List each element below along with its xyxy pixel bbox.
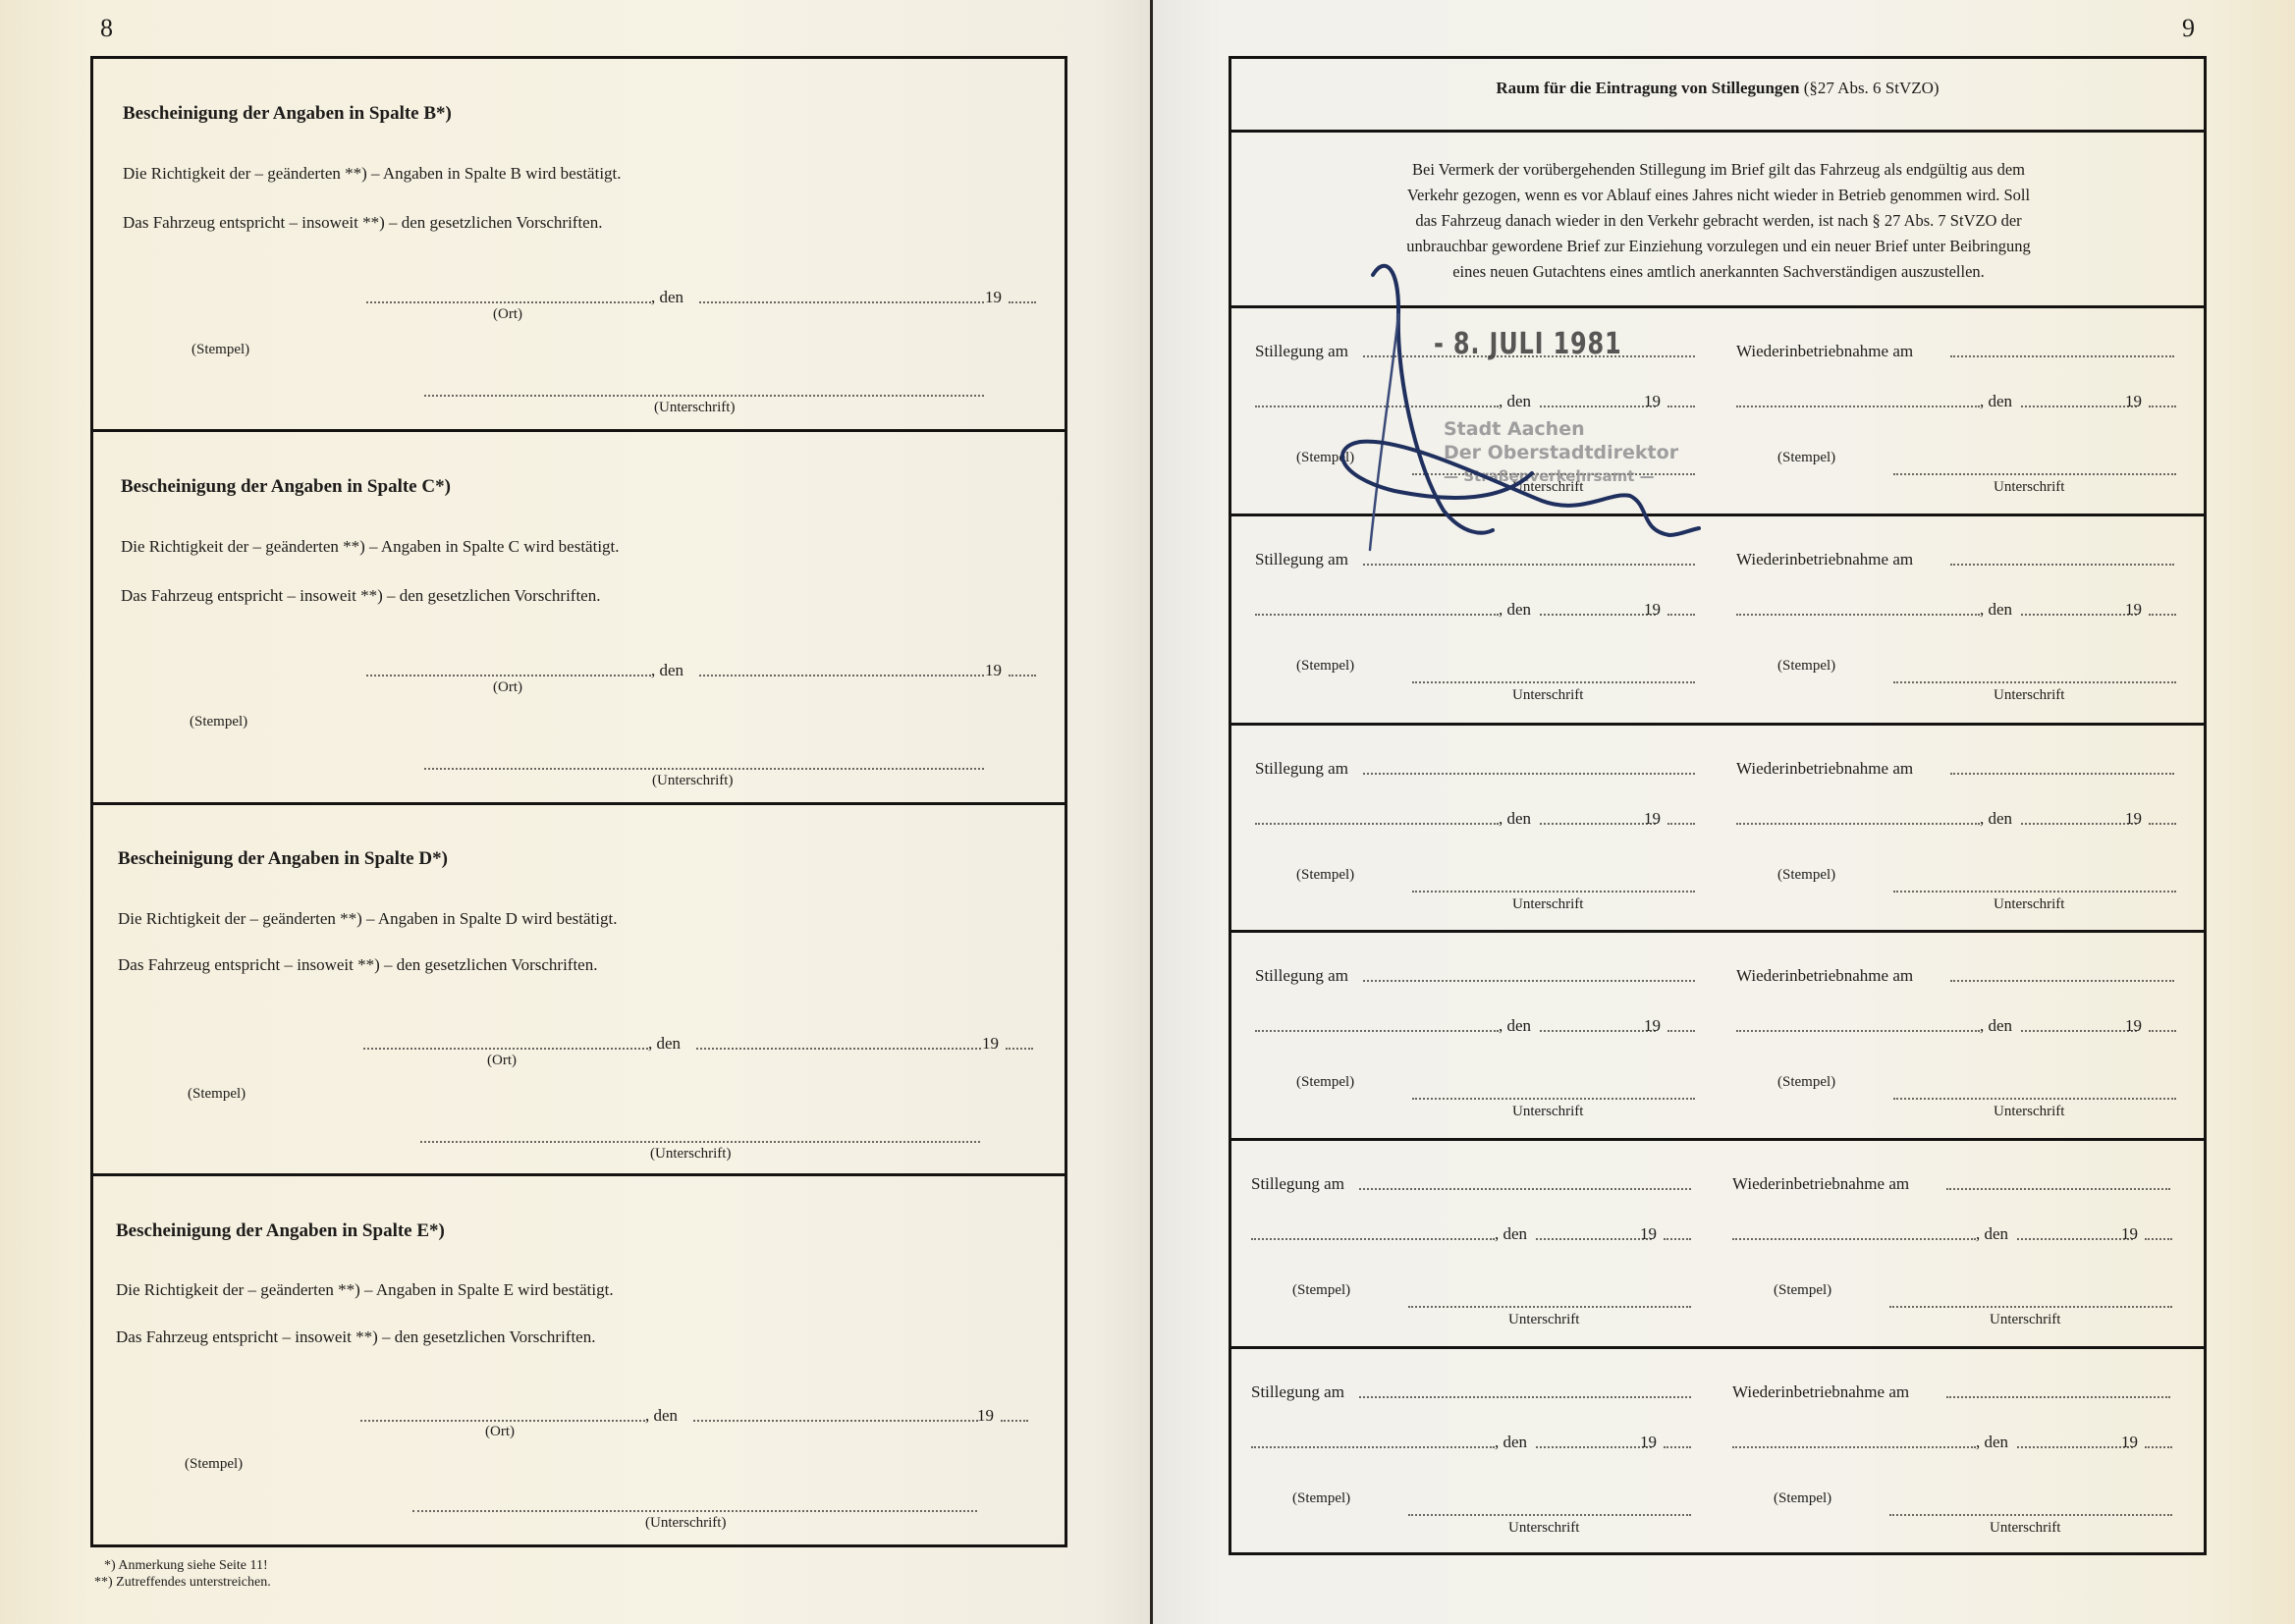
den-label: , den [1495,1433,1527,1452]
stillegung-signature-field[interactable] [1412,681,1695,683]
den-label: , den [1976,1433,2008,1452]
section-confirm-line: Die Richtigkeit der – geänderten **) – A… [116,1280,614,1300]
den-label: , den [1980,1016,2012,1036]
wiederinbetriebnahme-place-field[interactable] [1732,1446,1976,1448]
stillegung-year-field[interactable] [1667,1030,1695,1032]
stillegung-day-field[interactable] [1536,1238,1652,1240]
stillegung-day-field[interactable] [1540,614,1656,616]
wiederinbetriebnahme-date-field[interactable] [1946,1188,2170,1190]
row-divider [1231,930,2204,933]
section-divider [93,1173,1065,1176]
row-divider [1231,1138,2204,1141]
intro-paragraph: Bei Vermerk der vorübergehenden Stillegu… [1355,157,2082,285]
stempel-label: (Stempel) [1777,450,1835,466]
unterschrift-label: Unterschrift [1990,1312,2060,1328]
row-divider [1231,723,2204,726]
stillegung-place-field[interactable] [1251,1238,1495,1240]
stillegung-label: Stillegung am [1255,342,1348,361]
den-label: , den [1980,809,2012,829]
wiederinbetriebnahme-year-field[interactable] [2145,1446,2172,1448]
stamp-line: Stadt Aachen [1444,417,1678,441]
year-field[interactable] [1001,1420,1028,1422]
wiederinbetriebnahme-label: Wiederinbetriebnahme am [1732,1382,1909,1402]
section-confirm-line: Die Richtigkeit der – geänderten **) – A… [118,909,617,929]
year-prefix: 19 [977,1406,994,1426]
year-field[interactable] [1009,301,1036,303]
stempel-label: (Stempel) [1292,1282,1350,1299]
wiederinbetriebnahme-signature-field[interactable] [1893,681,2176,683]
section-title: Bescheinigung der Angaben in Spalte D*) [118,848,448,870]
year-prefix: 19 [1644,1016,1661,1036]
den-label: , den [645,1406,678,1426]
unterschrift-label: (Unterschrift) [645,1515,726,1532]
stempel-label: (Stempel) [1774,1282,1831,1299]
stempel-label: (Stempel) [1296,450,1354,466]
intro-line: Bei Vermerk der vorübergehenden Stillegu… [1355,157,2082,183]
stamp-authority: Stadt Aachen Der Oberstadtdirektor — Str… [1444,417,1678,488]
wiederinbetriebnahme-date-field[interactable] [1950,355,2174,357]
wiederinbetriebnahme-label: Wiederinbetriebnahme am [1736,759,1913,779]
footnotes: *) Anmerkung siehe Seite 11! **) Zutreff… [94,1557,271,1591]
section-divider [93,802,1065,805]
year-prefix: 19 [1640,1224,1657,1244]
signature-field[interactable] [412,1510,977,1512]
stillegung-place-field[interactable] [1255,406,1499,407]
section-title: Bescheinigung der Angaben in Spalte B*) [123,103,452,125]
stempel-label: (Stempel) [1296,1074,1354,1091]
signature-field[interactable] [424,768,984,770]
section-title: Bescheinigung der Angaben in Spalte E*) [116,1220,445,1242]
intro-divider [1231,305,2204,308]
wiederinbetriebnahme-signature-field[interactable] [1889,1514,2172,1516]
den-label: , den [1495,1224,1527,1244]
year-prefix: 19 [982,1034,999,1054]
wiederinbetriebnahme-signature-field[interactable] [1893,473,2176,475]
wiederinbetriebnahme-day-field[interactable] [2017,1238,2133,1240]
year-prefix: 19 [985,288,1002,307]
wiederinbetriebnahme-place-field[interactable] [1736,823,1980,825]
wiederinbetriebnahme-label: Wiederinbetriebnahme am [1736,966,1913,986]
ort-field[interactable] [366,675,651,677]
stamp-date: - 8. JULI 1981 [1434,327,1621,361]
wiederinbetriebnahme-day-field[interactable] [2021,406,2137,407]
wiederinbetriebnahme-label: Wiederinbetriebnahme am [1736,342,1913,361]
wiederinbetriebnahme-year-field[interactable] [2149,614,2176,616]
header-reference: (§27 Abs. 6 StVZO) [1799,79,1939,97]
section-confirm-line: Die Richtigkeit der – geänderten **) – A… [121,537,620,557]
row-divider [1231,514,2204,516]
wiederinbetriebnahme-year-field[interactable] [2149,406,2176,407]
unterschrift-label: Unterschrift [1512,687,1583,704]
stempel-label: (Stempel) [190,714,247,731]
wiederinbetriebnahme-year-field[interactable] [2149,823,2176,825]
year-prefix: 19 [1640,1433,1657,1452]
den-label: , den [651,288,683,307]
den-label: , den [1980,392,2012,411]
stillegung-year-field[interactable] [1667,406,1695,407]
unterschrift-label: Unterschrift [1994,896,2064,913]
intro-line: unbrauchbar gewordene Brief zur Einziehu… [1355,234,2082,259]
wiederinbetriebnahme-signature-field[interactable] [1893,1098,2176,1100]
year-prefix: 19 [2125,392,2142,411]
stillegung-date-field[interactable] [1359,1396,1691,1398]
unterschrift-label: Unterschrift [1994,479,2064,496]
stempel-label: (Stempel) [1292,1490,1350,1507]
wiederinbetriebnahme-day-field[interactable] [2021,1030,2137,1032]
stillegung-signature-field[interactable] [1408,1514,1691,1516]
unterschrift-label: Unterschrift [1512,1104,1583,1120]
den-label: , den [1499,392,1531,411]
wiederinbetriebnahme-date-field[interactable] [1946,1396,2170,1398]
section-title: Bescheinigung der Angaben in Spalte C*) [121,476,451,498]
year-field[interactable] [1006,1048,1033,1050]
stempel-label: (Stempel) [1774,1490,1831,1507]
den-label: , den [1499,809,1531,829]
unterschrift-label: Unterschrift [1508,1520,1579,1537]
stillegung-date-field[interactable] [1359,1188,1691,1190]
stempel-label: (Stempel) [188,1086,246,1103]
stillegung-place-field[interactable] [1255,823,1499,825]
den-label: , den [1499,1016,1531,1036]
stempel-label: (Stempel) [185,1456,243,1473]
stillegung-label: Stillegung am [1255,550,1348,569]
stillegung-label: Stillegung am [1255,759,1348,779]
ort-label: (Ort) [487,1053,517,1069]
stempel-label: (Stempel) [1296,658,1354,675]
stillegung-date-field[interactable] [1363,980,1695,982]
header-bold: Raum für die Eintragung von Stillegungen [1496,79,1799,97]
wiederinbetriebnahme-year-field[interactable] [2149,1030,2176,1032]
unterschrift-label: (Unterschrift) [654,400,735,416]
stillegung-day-field[interactable] [1536,1446,1652,1448]
page-number-right: 9 [2182,14,2195,43]
stillegung-year-field[interactable] [1664,1446,1691,1448]
year-field[interactable] [1009,675,1036,677]
wiederinbetriebnahme-day-field[interactable] [2021,823,2137,825]
wiederinbetriebnahme-day-field[interactable] [2021,614,2137,616]
stillegung-header: Raum für die Eintragung von Stillegungen… [1229,79,2207,98]
wiederinbetriebnahme-label: Wiederinbetriebnahme am [1736,550,1913,569]
date-field[interactable] [696,1048,981,1050]
page-number-left: 8 [100,14,113,43]
stillegung-year-field[interactable] [1667,823,1695,825]
year-prefix: 19 [2121,1433,2138,1452]
den-label: , den [651,661,683,680]
stillegung-year-field[interactable] [1667,614,1695,616]
section-compliance-line: Das Fahrzeug entspricht – insoweit **) –… [118,955,597,975]
intro-line: eines neuen Gutachtens eines amtlich ane… [1355,259,2082,285]
wiederinbetriebnahme-place-field[interactable] [1736,1030,1980,1032]
stillegung-day-field[interactable] [1540,823,1656,825]
wiederinbetriebnahme-signature-field[interactable] [1889,1306,2172,1308]
row-divider [1231,1346,2204,1349]
ort-field[interactable] [366,301,651,303]
wiederinbetriebnahme-signature-field[interactable] [1893,891,2176,893]
stempel-label: (Stempel) [1777,658,1835,675]
date-field[interactable] [693,1420,978,1422]
unterschrift-label: Unterschrift [1994,1104,2064,1120]
certification-box [90,56,1067,1547]
stillegung-signature-field[interactable] [1412,891,1695,893]
signature-field[interactable] [420,1141,980,1143]
year-prefix: 19 [2121,1224,2138,1244]
year-prefix: 19 [2125,1016,2142,1036]
stillegung-place-field[interactable] [1255,614,1499,616]
ort-label: (Ort) [493,679,522,696]
date-field[interactable] [699,675,984,677]
ort-label: (Ort) [485,1424,515,1440]
year-prefix: 19 [2125,809,2142,829]
stillegung-label: Stillegung am [1251,1382,1344,1402]
den-label: , den [1976,1224,2008,1244]
wiederinbetriebnahme-place-field[interactable] [1732,1238,1976,1240]
wiederinbetriebnahme-date-field[interactable] [1950,980,2174,982]
year-prefix: 19 [1644,809,1661,829]
ort-label: (Ort) [493,306,522,323]
footnote-2: **) Zutreffendes unterstreichen. [94,1574,271,1591]
stempel-label: (Stempel) [1777,1074,1835,1091]
den-label: , den [648,1034,681,1054]
section-divider [93,429,1065,432]
unterschrift-label: (Unterschrift) [650,1146,731,1163]
wiederinbetriebnahme-day-field[interactable] [2017,1446,2133,1448]
intro-line: Verkehr gezogen, wenn es vor Ablauf eine… [1355,183,2082,208]
unterschrift-label: Unterschrift [1990,1520,2060,1537]
stillegung-place-field[interactable] [1255,1030,1499,1032]
date-field[interactable] [699,301,984,303]
wiederinbetriebnahme-place-field[interactable] [1736,614,1980,616]
stempel-label: (Stempel) [1777,867,1835,884]
stempel-label: (Stempel) [1296,867,1354,884]
stillegung-day-field[interactable] [1540,406,1656,407]
stillegung-date-field[interactable] [1363,773,1695,775]
header-divider [1231,130,2204,133]
unterschrift-label: Unterschrift [1512,896,1583,913]
wiederinbetriebnahme-date-field[interactable] [1950,564,2174,566]
den-label: , den [1499,600,1531,620]
ort-field[interactable] [363,1048,648,1050]
stillegung-year-field[interactable] [1664,1238,1691,1240]
stamp-line: Der Oberstadtdirektor [1444,441,1678,464]
stempel-label: (Stempel) [191,342,249,358]
section-confirm-line: Die Richtigkeit der – geänderten **) – A… [123,164,622,184]
wiederinbetriebnahme-place-field[interactable] [1736,406,1980,407]
year-prefix: 19 [1644,600,1661,620]
stillegung-signature-field[interactable] [1408,1306,1691,1308]
wiederinbetriebnahme-label: Wiederinbetriebnahme am [1732,1174,1909,1194]
den-label: , den [1980,600,2012,620]
year-prefix: 19 [985,661,1002,680]
book-gutter [1150,0,1153,1624]
year-prefix: 19 [2125,600,2142,620]
section-compliance-line: Das Fahrzeug entspricht – insoweit **) –… [121,586,600,606]
intro-line: das Fahrzeug danach wieder in den Verkeh… [1355,208,2082,234]
stillegung-label: Stillegung am [1255,966,1348,986]
footnote-1: *) Anmerkung siehe Seite 11! [94,1557,271,1574]
stamp-line: — Straßenverkehrsamt — [1444,464,1678,488]
unterschrift-label: Unterschrift [1994,687,2064,704]
signature-field[interactable] [424,395,984,397]
unterschrift-label: (Unterschrift) [652,773,733,789]
stillegung-day-field[interactable] [1540,1030,1656,1032]
ort-field[interactable] [360,1420,645,1422]
section-compliance-line: Das Fahrzeug entspricht – insoweit **) –… [116,1327,595,1347]
stillegung-label: Stillegung am [1251,1174,1344,1194]
wiederinbetriebnahme-date-field[interactable] [1950,773,2174,775]
year-prefix: 19 [1644,392,1661,411]
stillegung-signature-field[interactable] [1412,1098,1695,1100]
stillegung-place-field[interactable] [1251,1446,1495,1448]
unterschrift-label: Unterschrift [1508,1312,1579,1328]
section-compliance-line: Das Fahrzeug entspricht – insoweit **) –… [123,213,602,233]
wiederinbetriebnahme-year-field[interactable] [2145,1238,2172,1240]
stillegung-date-field[interactable] [1363,564,1695,566]
